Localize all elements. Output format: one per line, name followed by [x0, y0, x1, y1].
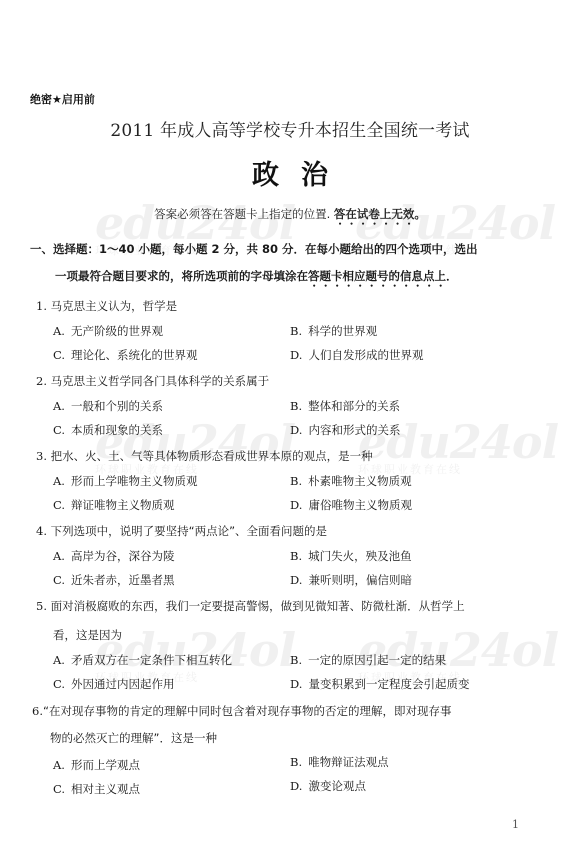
option-letter: C. [53, 573, 65, 587]
instructions-emphasis: 答题卡相应题号的信息点上 [308, 269, 446, 283]
question-2-option-d[interactable]: D.内容和形式的关系 [290, 422, 400, 438]
question-number: 6. [32, 704, 43, 718]
question-number: 4. [36, 524, 47, 538]
question-2-option-c[interactable]: C.本质和现象的关系 [53, 422, 163, 438]
option-text: 庸俗唯物主义物质观 [308, 498, 412, 512]
option-letter: C. [53, 423, 65, 437]
question-4-stem: 4. 下列选项中，说明了要坚持“两点论”、全面看问题的是 [36, 523, 327, 539]
option-letter: D. [290, 498, 302, 512]
option-text: 近朱者赤，近墨者黑 [71, 573, 175, 587]
option-letter: A. [53, 399, 65, 413]
confidential-label: 绝密★启用前 [30, 91, 95, 107]
option-text: 相对主义观点 [71, 782, 140, 796]
question-text: 马克思主义认为，哲学是 [51, 299, 178, 313]
option-letter: D. [290, 779, 302, 793]
section-instructions-line2: 一项最符合题目要求的，将所选项前的字母填涂在答题卡相应题号的信息点上． [55, 268, 458, 290]
option-text: 量变积累到一定程度会引起质变 [308, 677, 469, 691]
option-letter: C. [53, 348, 65, 362]
question-1-option-a[interactable]: A.无产阶级的世界观 [53, 323, 163, 339]
notice-emphasis: 答在试卷上无效。 [334, 207, 426, 221]
option-letter: C. [53, 782, 65, 796]
question-3-option-a[interactable]: A.形而上学唯物主义物质观 [53, 473, 197, 489]
option-letter: A. [53, 474, 65, 488]
option-text: 理论化、系统化的世界观 [71, 348, 198, 362]
question-6-option-d[interactable]: D.激变论观点 [290, 778, 366, 794]
option-text: 城门失火，殃及池鱼 [308, 549, 412, 563]
option-text: 激变论观点 [308, 779, 366, 793]
question-5-stem-cont: 看，这是因为 [53, 627, 122, 643]
question-5-stem: 5. 面对消极腐败的东西，我们一定要提高警惕，做到见微知著、防微杜渐．从哲学上 [36, 598, 465, 614]
question-number: 5. [36, 599, 47, 613]
instructions-text: 一项最符合题目要求的，将所选项前的字母填涂在 [55, 269, 308, 283]
option-text: 形而上学观点 [71, 758, 140, 772]
question-2-option-b[interactable]: B.整体和部分的关系 [290, 398, 400, 414]
option-letter: D. [290, 423, 302, 437]
option-text: 外因通过内因起作用 [71, 677, 175, 691]
question-3-stem: 3. 把水、火、土、气等具体物质形态看成世界本原的观点，是一种 [36, 448, 373, 464]
question-text: 马克思主义哲学同各门具体科学的关系属于 [51, 374, 270, 388]
option-text: 矛盾双方在一定条件下相互转化 [71, 653, 232, 667]
option-text: 形而上学唯物主义物质观 [71, 474, 198, 488]
section-instructions-line1: 一、选择题：1～40 小题，每小题 2 分，共 80 分．在每小题给出的四个选项… [30, 241, 478, 257]
option-text: 内容和形式的关系 [308, 423, 400, 437]
option-letter: B. [290, 474, 302, 488]
question-number: 3. [36, 449, 47, 463]
option-text: 唯物辩证法观点 [308, 755, 389, 769]
question-5-option-b[interactable]: B.一定的原因引起一定的结果 [290, 652, 446, 668]
option-letter: B. [290, 399, 302, 413]
option-letter: A. [53, 653, 65, 667]
answer-notice: 答案必须答在答题卡上指定的位置. 答在试卷上无效。 [0, 206, 580, 228]
question-4-option-d[interactable]: D.兼听则明，偏信则暗 [290, 572, 412, 588]
question-text: 面对消极腐败的东西，我们一定要提高警惕，做到见微知著、防微杜渐．从哲学上 [51, 599, 465, 613]
notice-text: 答案必须答在答题卡上指定的位置. [154, 207, 330, 221]
question-6-option-b[interactable]: B.唯物辩证法观点 [290, 754, 389, 770]
question-2-option-a[interactable]: A.一般和个别的关系 [53, 398, 163, 414]
question-5-option-a[interactable]: A.矛盾双方在一定条件下相互转化 [53, 652, 232, 668]
option-text: 整体和部分的关系 [308, 399, 400, 413]
question-2-stem: 2. 马克思主义哲学同各门具体科学的关系属于 [36, 373, 269, 389]
exam-title: 2011 年成人高等学校专升本招生全国统一考试 [0, 116, 580, 141]
question-1-option-c[interactable]: C.理论化、系统化的世界观 [53, 347, 198, 363]
question-5-option-c[interactable]: C.外因通过内因起作用 [53, 676, 175, 692]
option-text: 高岸为谷，深谷为陵 [71, 549, 175, 563]
option-text: 科学的世界观 [308, 324, 377, 338]
question-6-option-a[interactable]: A.形而上学观点 [53, 757, 140, 773]
option-text: 本质和现象的关系 [71, 423, 163, 437]
question-6-option-c[interactable]: C.相对主义观点 [53, 781, 140, 797]
option-text: 人们自发形成的世界观 [308, 348, 423, 362]
question-3-option-c[interactable]: C.辩证唯物主义物质观 [53, 497, 175, 513]
option-letter: B. [290, 324, 302, 338]
question-5-option-d[interactable]: D.量变积累到一定程度会引起质变 [290, 676, 469, 692]
option-text: 一般和个别的关系 [71, 399, 163, 413]
option-letter: B. [290, 549, 302, 563]
question-3-option-b[interactable]: B.朴素唯物主义物质观 [290, 473, 412, 489]
option-text: 兼听则明，偏信则暗 [308, 573, 412, 587]
question-1-option-b[interactable]: B.科学的世界观 [290, 323, 377, 339]
question-3-option-d[interactable]: D.庸俗唯物主义物质观 [290, 497, 412, 513]
option-letter: D. [290, 677, 302, 691]
question-4-option-b[interactable]: B.城门失火，殃及池鱼 [290, 548, 412, 564]
option-text: 一定的原因引起一定的结果 [308, 653, 446, 667]
question-6-stem: 6.“在对现存事物的肯定的理解中同时包含着对现存事物的否定的理解，即对现存事 [32, 703, 451, 719]
question-1-stem: 1. 马克思主义认为，哲学是 [36, 298, 177, 314]
subject-title: 政治 [0, 153, 580, 192]
option-letter: D. [290, 573, 302, 587]
question-4-option-a[interactable]: A.高岸为谷，深谷为陵 [53, 548, 174, 564]
option-text: 朴素唯物主义物质观 [308, 474, 412, 488]
option-letter: A. [53, 324, 65, 338]
option-letter: C. [53, 677, 65, 691]
question-number: 2. [36, 374, 47, 388]
question-text: 下列选项中，说明了要坚持“两点论”、全面看问题的是 [51, 524, 327, 538]
question-text: 把水、火、土、气等具体物质形态看成世界本原的观点，是一种 [51, 449, 373, 463]
option-letter: B. [290, 755, 302, 769]
page-number: 1 [512, 818, 519, 831]
question-1-option-d[interactable]: D.人们自发形成的世界观 [290, 347, 423, 363]
option-letter: B. [290, 653, 302, 667]
question-4-option-c[interactable]: C.近朱者赤，近墨者黑 [53, 572, 175, 588]
option-text: 无产阶级的世界观 [71, 324, 163, 338]
option-letter: C. [53, 498, 65, 512]
question-6-stem-cont: 物的必然灭亡的理解”．这是一种 [50, 730, 217, 746]
option-letter: A. [53, 549, 65, 563]
question-number: 1. [36, 299, 47, 313]
question-text: “在对现存事物的肯定的理解中同时包含着对现存事物的否定的理解，即对现存事 [43, 704, 451, 718]
option-letter: A. [53, 758, 65, 772]
instructions-end: ． [446, 269, 458, 283]
option-text: 辩证唯物主义物质观 [71, 498, 175, 512]
option-letter: D. [290, 348, 302, 362]
